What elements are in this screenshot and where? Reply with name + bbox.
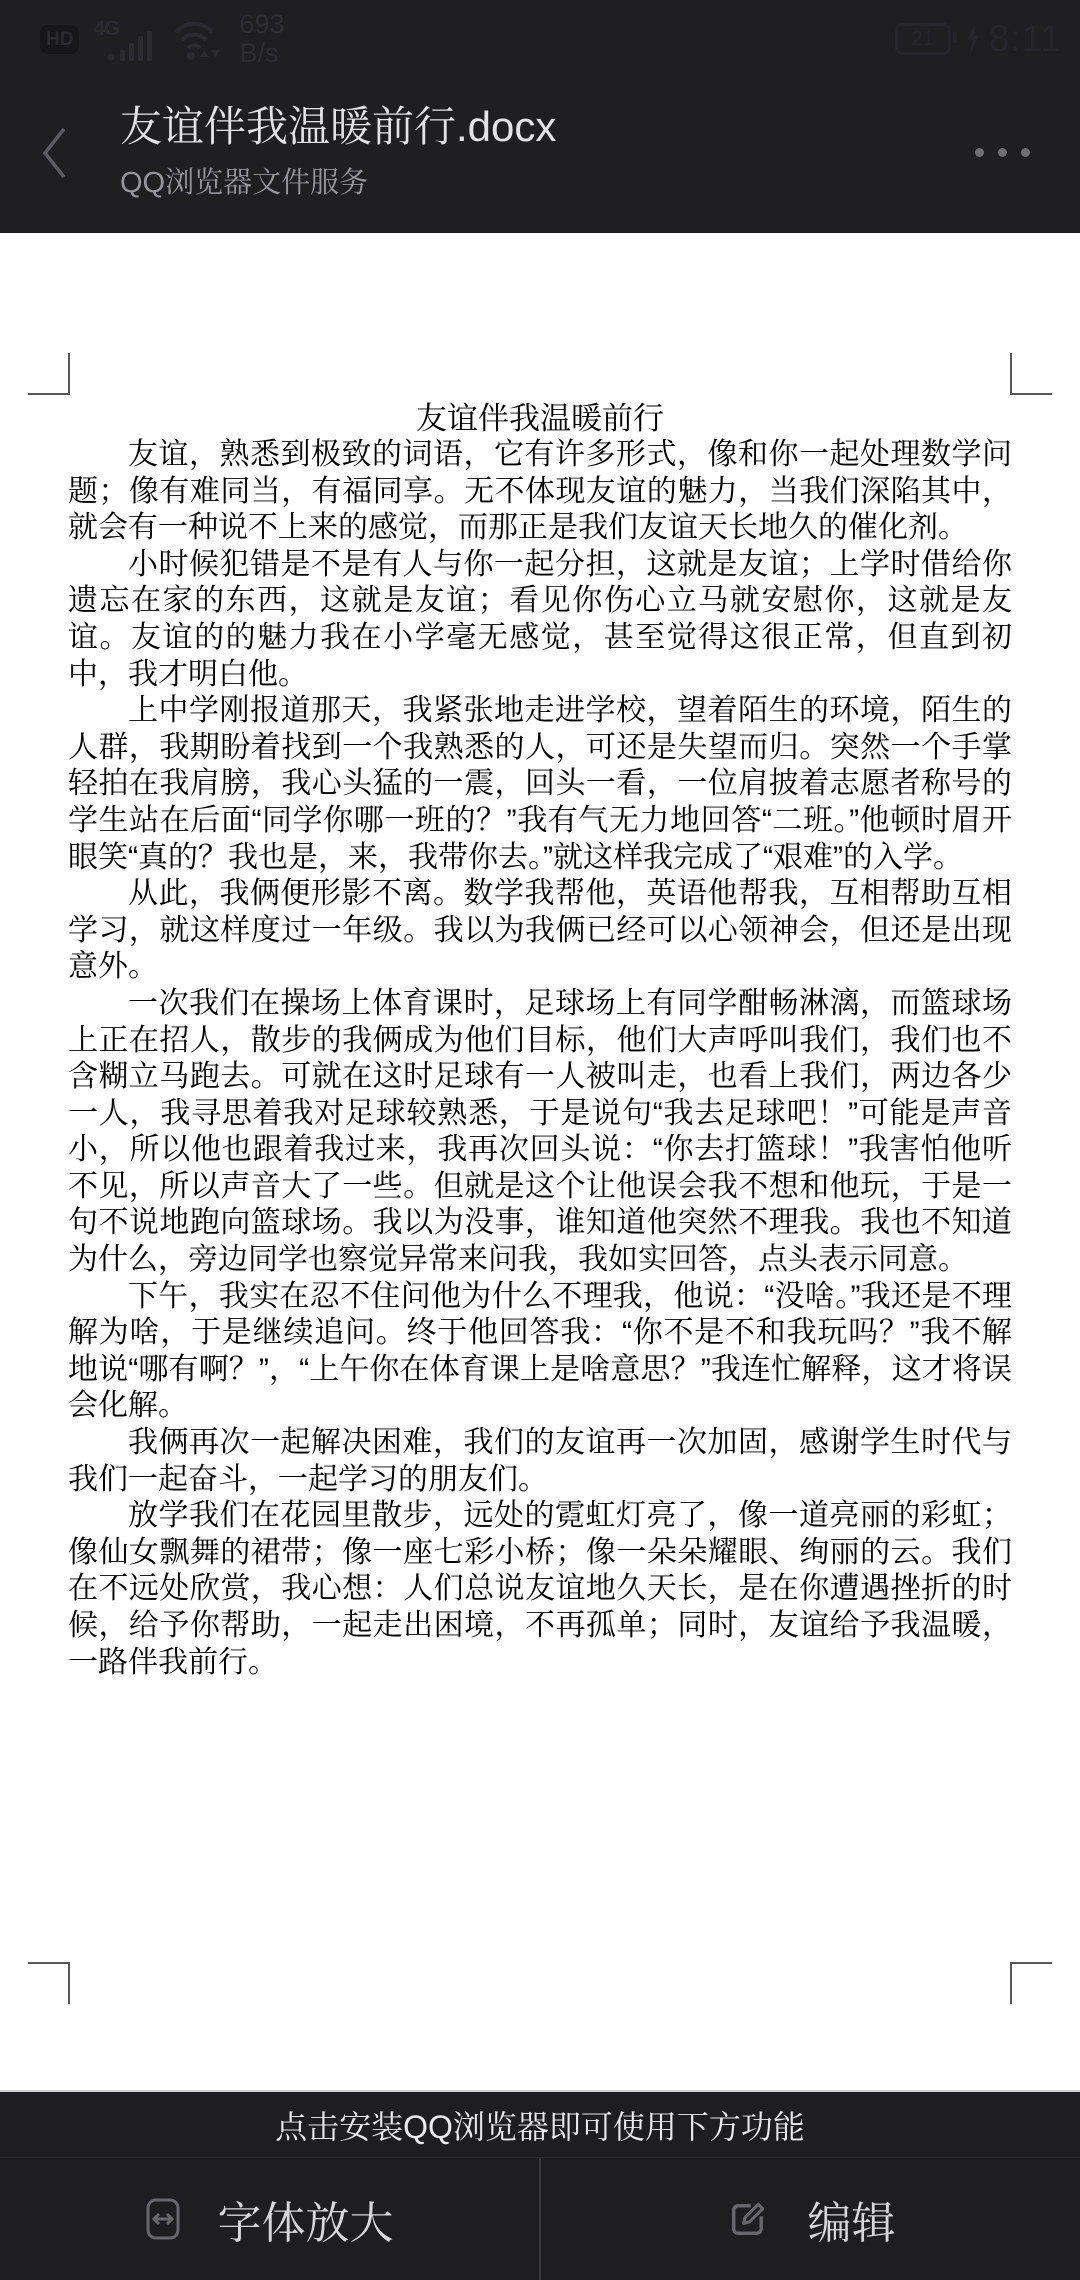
document-paragraph: 从此，我俩便形影不离。数学我帮他，英语他帮我，互相帮助互相学习，就这样度过一年级… <box>68 876 1012 986</box>
font-zoom-label: 字体放大 <box>218 2187 394 2251</box>
file-name: 友谊伴我温暖前行.docx <box>120 104 556 150</box>
network-speed-value: 693 <box>239 10 284 39</box>
page-corner-mark-bottom-left <box>28 1962 70 2004</box>
edit-button[interactable]: 编辑 <box>539 2158 1080 2280</box>
clock-time: 8:11 <box>989 18 1062 60</box>
status-right-group: 21 8:11 <box>895 18 1062 60</box>
install-qq-browser-banner[interactable]: 点击安装QQ浏览器即可使用下方功能 <box>0 2090 1080 2157</box>
document-page[interactable]: 友谊伴我温暖前行 友谊，熟悉到极致的词语，它有许多形式，像和你一起处理数学问题；… <box>0 233 1080 2090</box>
document-paragraph: 我俩再次一起解决困难，我们的友谊再一次加固，感谢学生时代与我们一起奋斗，一起学习… <box>68 1425 1012 1498</box>
battery-icon: 21 <box>895 23 951 55</box>
document-paragraph: 小时候犯错是不是有人与你一起分担，这就是友谊；上学时借给你遗忘在家的东西，这就是… <box>68 547 1012 693</box>
ellipsis-dot <box>1021 148 1030 157</box>
network-speed-unit: B/s <box>239 39 284 68</box>
back-button[interactable] <box>38 123 72 183</box>
signal-bars-icon <box>107 31 155 61</box>
bottom-toolbar: 字体放大 编辑 <box>0 2157 1080 2280</box>
status-bar: HD 4G <box>0 0 1080 72</box>
charging-bolt-icon <box>965 24 981 54</box>
hd-volte-icon: HD <box>40 25 79 54</box>
document-paragraph: 下午，我实在忍不住问他为什么不理我，他说：“没啥。”我还是不理解为啥，于是继续追… <box>68 1279 1012 1425</box>
battery-percent: 21 <box>912 28 934 51</box>
cell-signal-icon: 4G <box>93 17 155 61</box>
document-paragraph: 一次我们在操场上体育课时，足球场上有同学酣畅淋漓，而篮球场上正在招人，散步的我俩… <box>68 986 1012 1279</box>
more-options-button[interactable] <box>965 138 1040 167</box>
document-paragraph: 放学我们在花园里散步，远处的霓虹灯亮了，像一道亮丽的彩虹；像仙女飘舞的裙带；像一… <box>68 1498 1012 1681</box>
top-bar: HD 4G <box>0 0 1080 233</box>
qq-doc-viewer-screen: HD 4G <box>0 0 1080 2280</box>
edit-label: 编辑 <box>808 2187 896 2251</box>
network-speed: 693 B/s <box>239 10 284 68</box>
page-corner-mark-top-left <box>28 353 70 395</box>
chevron-left-icon <box>40 124 70 182</box>
page-corner-mark-bottom-right <box>1010 1962 1052 2004</box>
ellipsis-dot <box>975 148 984 157</box>
page-corner-mark-top-right <box>1010 353 1052 395</box>
install-banner-text: 点击安装QQ浏览器即可使用下方功能 <box>275 2102 805 2148</box>
status-left-group: HD 4G <box>40 10 285 68</box>
document-paragraph: 上中学刚报道那天，我紧张地走进学校，望着陌生的环境，陌生的人群，我期盼着找到一个… <box>68 693 1012 876</box>
file-service-subtitle: QQ浏览器文件服务 <box>120 160 556 201</box>
document-body: 友谊伴我温暖前行 友谊，熟悉到极致的词语，它有许多形式，像和你一起处理数学问题；… <box>0 400 1080 1681</box>
document-title: 友谊伴我温暖前行 <box>68 400 1012 437</box>
ellipsis-dot <box>998 148 1007 157</box>
font-zoom-button[interactable]: 字体放大 <box>0 2158 539 2280</box>
font-resize-icon <box>146 2198 180 2240</box>
edit-pencil-icon <box>726 2197 770 2241</box>
wifi-icon <box>171 17 221 61</box>
document-paragraph: 友谊，熟悉到极致的词语，它有许多形式，像和你一起处理数学问题；像有难同当，有福同… <box>68 437 1012 547</box>
file-title-block: 友谊伴我温暖前行.docx QQ浏览器文件服务 <box>120 104 556 201</box>
file-header: 友谊伴我温暖前行.docx QQ浏览器文件服务 <box>0 72 1080 233</box>
